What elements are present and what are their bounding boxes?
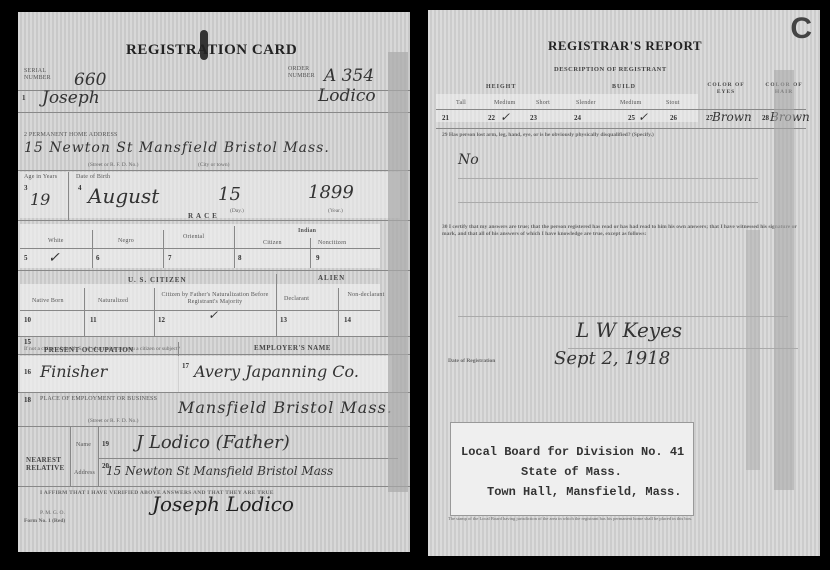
- report-title: REGISTRAR'S REPORT: [548, 38, 702, 54]
- height-label: HEIGHT: [486, 84, 516, 90]
- dob-day: 15: [218, 184, 241, 205]
- last-name: Lodico: [318, 86, 376, 106]
- occupation-value: Finisher: [40, 362, 107, 381]
- eyes-label: COLOR OF EYES: [706, 82, 746, 96]
- dob-sub-day: (Day.): [230, 208, 244, 214]
- race-title: RACE: [188, 212, 220, 220]
- date-label: Date of Registration: [448, 358, 495, 364]
- indian-sub-noncitizen: Noncitizen: [318, 240, 346, 246]
- alien-col-nondeclarant: Non-declarant: [346, 292, 386, 298]
- registrars-report-card: C REGISTRAR'S REPORT DESCRIPTION OF REGI…: [428, 10, 820, 556]
- occupation-label: PRESENT OCCUPATION: [44, 346, 134, 354]
- stamp-line-3: Town Hall, Mansfield, Mass.: [487, 485, 681, 499]
- build-label: BUILD: [612, 84, 636, 90]
- relative-address-value: 15 Newton St Mansfield Bristol Mass: [106, 464, 333, 478]
- height-col-tall: Tall: [456, 100, 466, 106]
- eyes-value: Brown: [712, 110, 752, 124]
- build-col-slender: Slender: [576, 100, 596, 106]
- race-col-indian: Indian: [298, 228, 316, 234]
- nearest-relative-label: NEAREST RELATIVE: [26, 456, 66, 472]
- race-col-oriental: Oriental: [183, 234, 204, 240]
- report-subtitle: DESCRIPTION OF REGISTRANT: [554, 66, 667, 73]
- citizen-col-native: Native Born: [32, 298, 64, 304]
- registrar-signature: L W Keyes: [576, 318, 682, 342]
- registrant-signature: Joseph Lodico: [152, 492, 294, 516]
- order-label: ORDER NUMBER: [288, 66, 316, 80]
- dob-sub-year: (Year.): [328, 208, 343, 214]
- medium-height-mark: ✓: [500, 110, 510, 124]
- age-label: Age in Years: [24, 174, 57, 180]
- address-sub-city: (City or town): [198, 162, 229, 168]
- relative-address-label: Address: [74, 470, 95, 476]
- medium-build-mark: ✓: [638, 110, 648, 124]
- order-number: A 354: [324, 66, 374, 86]
- alien-col-declarant: Declarant: [284, 296, 309, 302]
- build-col-medium: Medium: [620, 100, 642, 106]
- first-name: Joseph: [42, 88, 100, 108]
- citizen-title: U. S. CITIZEN: [128, 276, 187, 284]
- stamp-line-2: State of Mass.: [521, 465, 622, 479]
- place-label: PLACE OF EMPLOYMENT OR BUSINESS: [40, 396, 157, 402]
- corner-letter: C: [790, 12, 812, 46]
- employer-label: EMPLOYER'S NAME: [254, 344, 331, 352]
- race-white-checkmark: ✓: [48, 250, 60, 266]
- height-col-medium: Medium: [494, 100, 516, 106]
- citizen-col-naturalized: Naturalized: [98, 298, 128, 304]
- stamp-line-1: Local Board for Division No. 41: [461, 445, 684, 459]
- race-col-white: White: [48, 238, 64, 244]
- address-sub-street: (Street or R. F. D. No.): [88, 162, 138, 168]
- stamp-footnote: The stamp of the Local Board having juri…: [448, 516, 698, 522]
- place-sub: (Street or R. F. D. No.): [88, 418, 138, 424]
- relative-name-value: J Lodico (Father): [136, 432, 290, 453]
- indian-sub-citizen: Citizen: [263, 240, 282, 246]
- dob-label: Date of Birth: [76, 174, 110, 180]
- local-board-stamp: Local Board for Division No. 41 State of…: [450, 422, 694, 516]
- address-label: 2 PERMANENT HOME ADDRESS: [24, 132, 118, 138]
- height-col-short: Short: [536, 100, 550, 106]
- q29-value: No: [458, 152, 479, 168]
- dob-month: August: [88, 184, 159, 208]
- serial-label: SERIAL NUMBER: [24, 68, 54, 82]
- relative-name-label: Name: [76, 442, 91, 448]
- date-value: Sept 2, 1918: [554, 348, 670, 369]
- registration-card: REGISTRATION CARD SERIAL NUMBER 660 ORDE…: [18, 12, 410, 552]
- age-value: 19: [30, 190, 50, 209]
- build-col-stout: Stout: [666, 100, 680, 106]
- race-col-negro: Negro: [118, 238, 134, 244]
- form-code-1: P. M. G. O.: [40, 510, 65, 516]
- dob-year: 1899: [308, 182, 354, 203]
- form-code-2: Form No. 1 (Red): [24, 518, 65, 524]
- place-value: Mansfield Bristol Mass.: [178, 398, 393, 417]
- citizen-col-father: Citizen by Father's Naturalization Befor…: [160, 292, 270, 306]
- employer-value: Avery Japanning Co.: [194, 362, 359, 381]
- serial-number: 660: [74, 70, 106, 90]
- address-value: 15 Newton St Mansfield Bristol Mass.: [24, 140, 330, 156]
- q29-text: 29 Has person lost arm, leg, hand, eye, …: [442, 132, 802, 139]
- alien-title: ALIEN: [318, 274, 345, 282]
- citizen-checkmark: ✓: [208, 308, 218, 322]
- card-title: REGISTRATION CARD: [126, 42, 297, 59]
